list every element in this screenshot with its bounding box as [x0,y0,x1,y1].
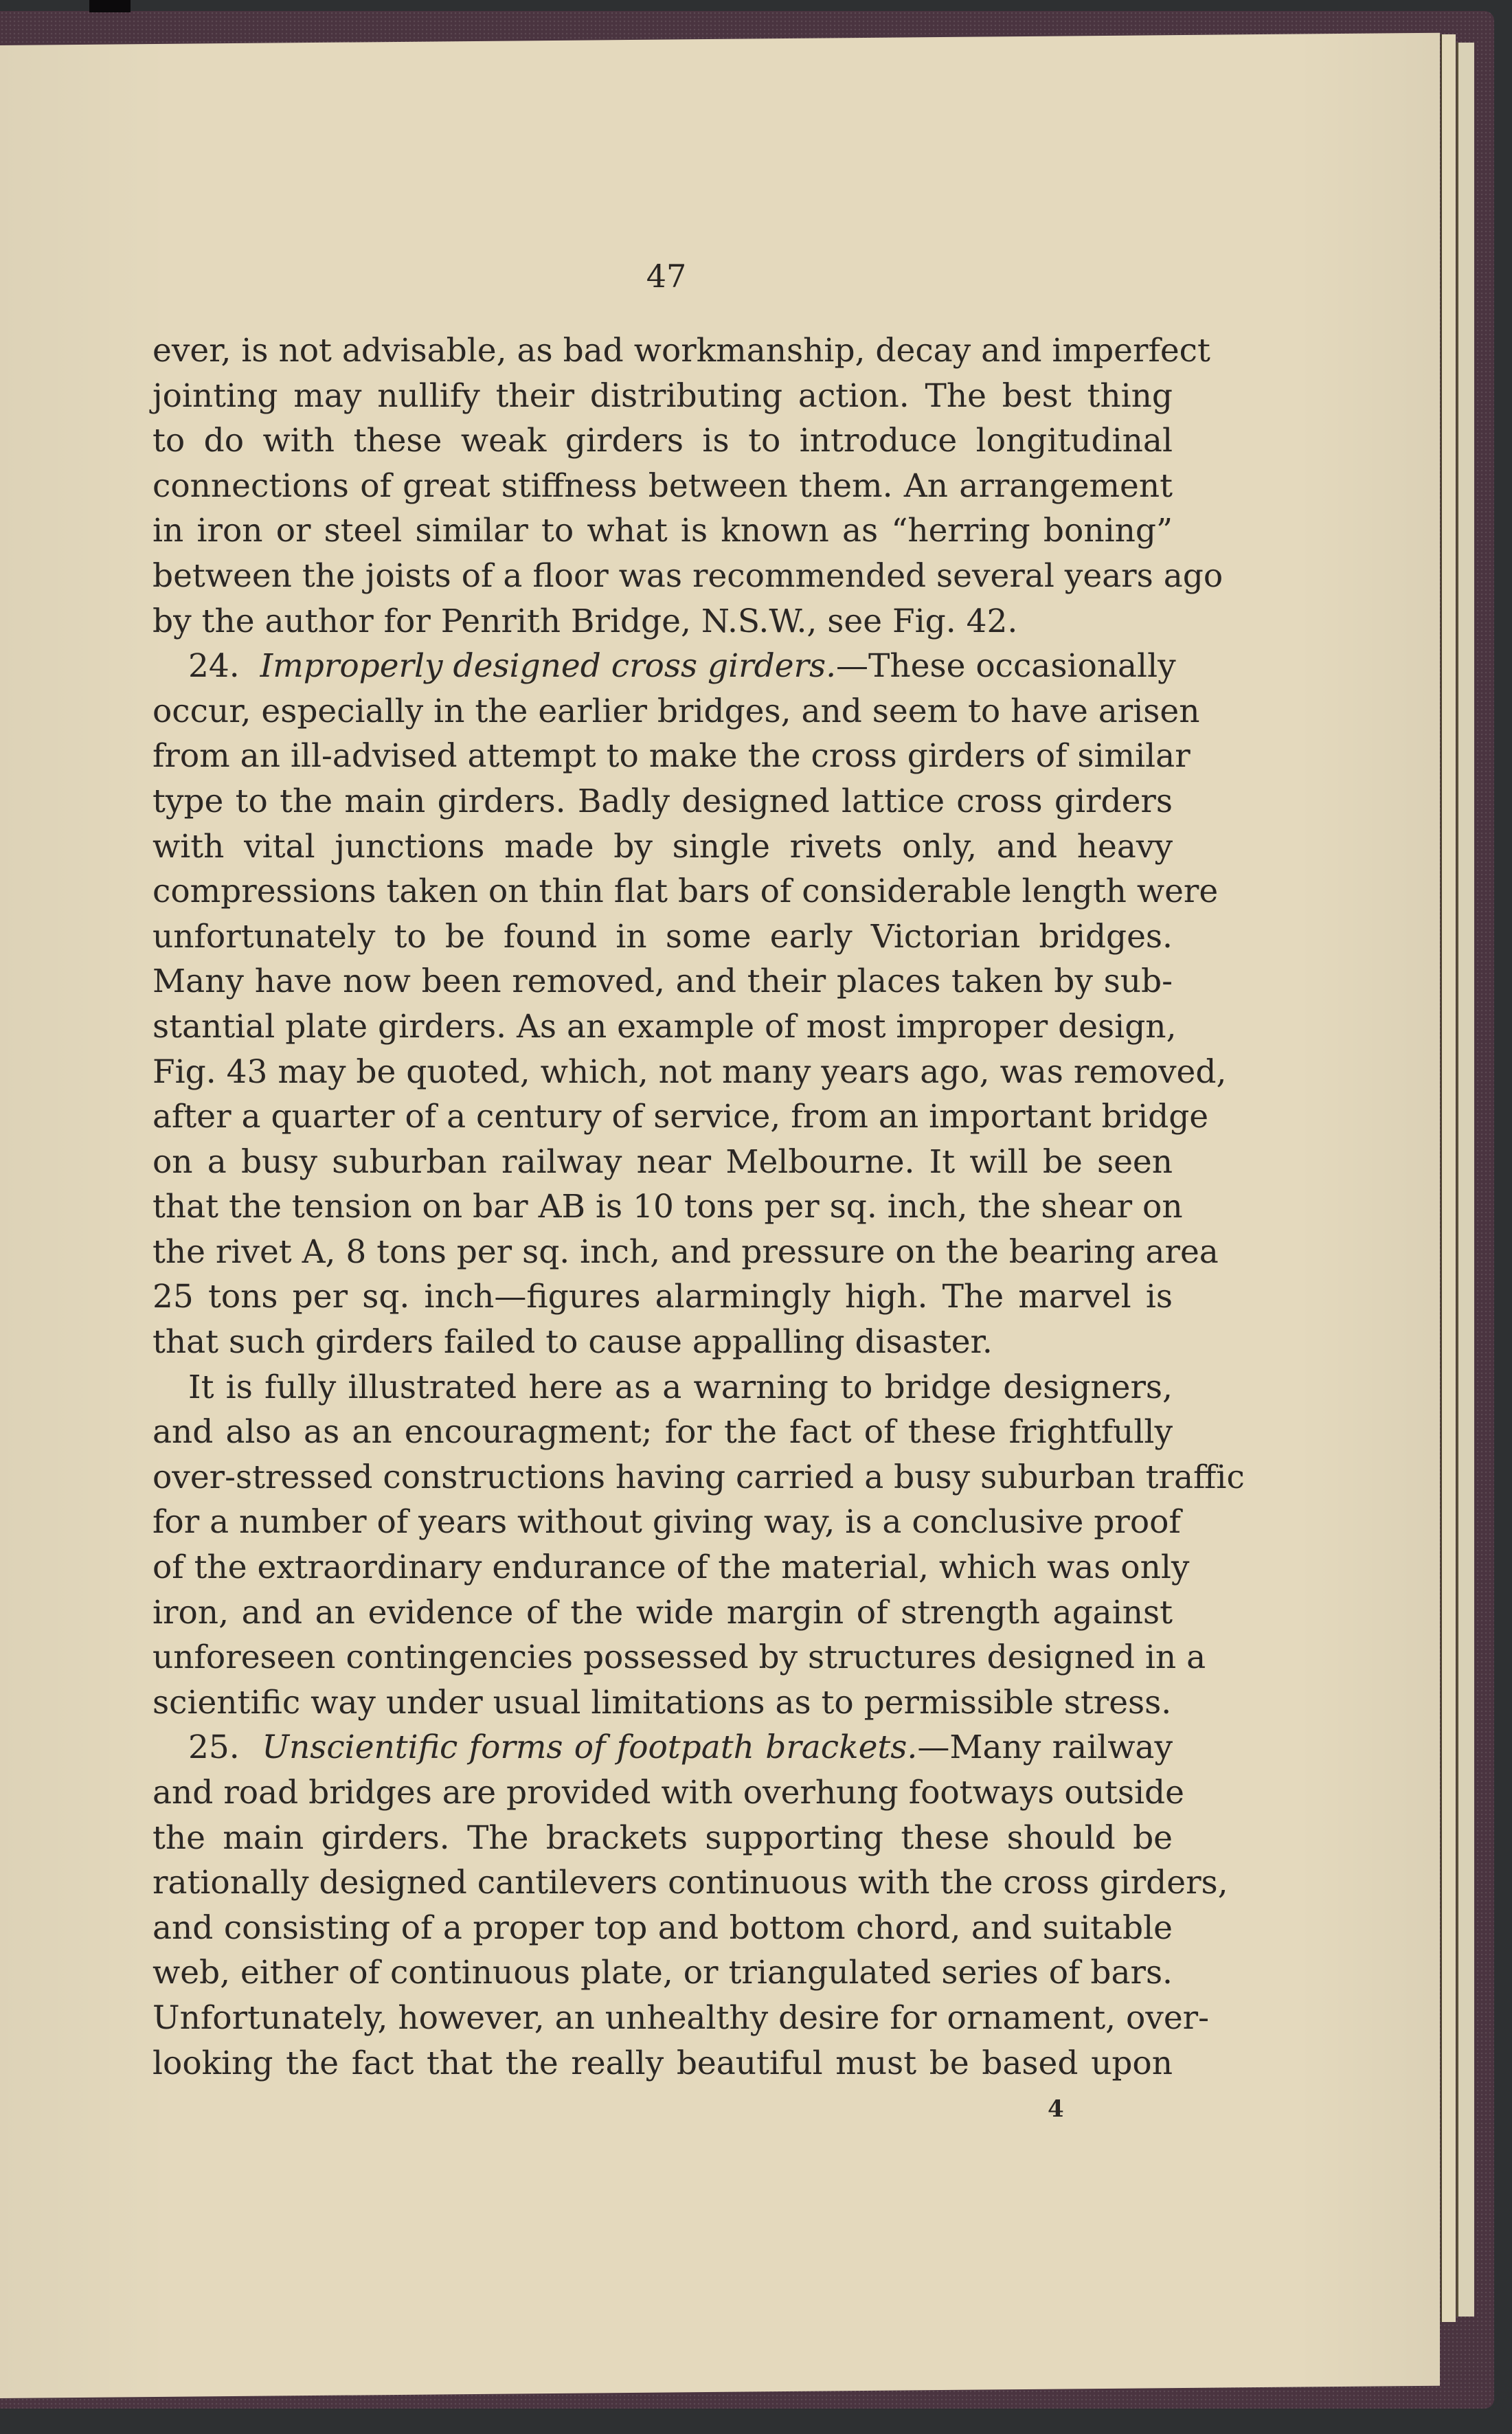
section-heading-24: 24. Improperly designed cross girders.—T… [153,644,1173,689]
text-line: ever, is not advisable, as bad workmansh… [153,328,1173,374]
text-line: by the author for Penrith Bridge, N.S.W.… [153,599,1173,644]
text-line: of the extraordinary endurance of the ma… [153,1545,1173,1590]
text-line: rationally designed cantilevers continuo… [153,1860,1173,1906]
text-line: connections of great stiffness between t… [153,464,1173,509]
text-line: web, either of continuous plate, or tria… [153,1950,1173,1996]
bookmark-ribbon [89,0,131,12]
text-line: occur, especially in the earlier bridges… [153,689,1173,734]
text-line: type to the main girders. Badly designed… [153,779,1173,824]
text-line: in iron or steel similar to what is know… [153,508,1173,554]
text-line: and also as an encouragment; for the fac… [153,1410,1173,1455]
text-line: scientific way under usual limitations a… [153,1680,1173,1726]
body-text: ever, is not advisable, as bad workmansh… [153,328,1173,2086]
section-number: 25. [188,1728,240,1766]
text-line: Fig. 43 may be quoted, which, not many y… [153,1050,1173,1095]
text-line: over-stressed constructions having carri… [153,1455,1173,1500]
page-edge [1456,43,1474,2317]
text-line: to do with these weak girders is to intr… [153,418,1173,464]
page-edge [1441,34,1456,2322]
text-line: the rivet A, 8 tons per sq. inch, and pr… [153,1230,1173,1275]
section-text: —These occasionally [836,647,1176,685]
text-line: with vital junctions made by single rive… [153,824,1173,870]
section-title: Improperly designed cross girders. [260,647,836,685]
text-line: from an ill-advised attempt to make the … [153,734,1173,779]
text-line: iron, and an evidence of the wide margin… [153,1590,1173,1636]
text-line: after a quarter of a century of service,… [153,1094,1173,1140]
text-line: It is fully illustrated here as a warnin… [153,1365,1173,1410]
text-line: and consisting of a proper top and botto… [153,1906,1173,1951]
text-line: for a number of years without giving way… [153,1500,1173,1545]
text-line: Unfortunately, however, an unhealthy des… [153,1996,1173,2041]
section-number: 24. [188,647,240,685]
text-line: the main girders. The brackets supportin… [153,1816,1173,1861]
signature-mark: 4 [1048,2095,1064,2123]
section-heading-25: 25. Unscientific forms of footpath brack… [153,1725,1173,1770]
text-line: on a busy suburban railway near Melbourn… [153,1140,1173,1185]
text-line: Many have now been removed, and their pl… [153,959,1173,1004]
text-line: compressions taken on thin flat bars of … [153,869,1173,914]
text-line: unfortunately to be found in some early … [153,914,1173,960]
text-line: jointing may nullify their distributing … [153,374,1173,419]
page-number: 47 [0,258,1333,295]
text-line: and road bridges are provided with overh… [153,1770,1173,1816]
text-line: that such girders failed to cause appall… [153,1320,1173,1365]
text-line: looking the fact that the really beautif… [153,2041,1173,2086]
section-text: —Many railway [917,1728,1173,1766]
text-line: 25 tons per sq. inch—figures alarmingly … [153,1274,1173,1320]
text-line: between the joists of a floor was recomm… [153,554,1173,599]
section-title: Unscientific forms of footpath brackets. [262,1728,917,1766]
text-line: that the tension on bar AB is 10 tons pe… [153,1184,1173,1230]
text-line: stantial plate girders. As an example of… [153,1004,1173,1050]
text-line: unforeseen contingencies possessed by st… [153,1635,1173,1680]
